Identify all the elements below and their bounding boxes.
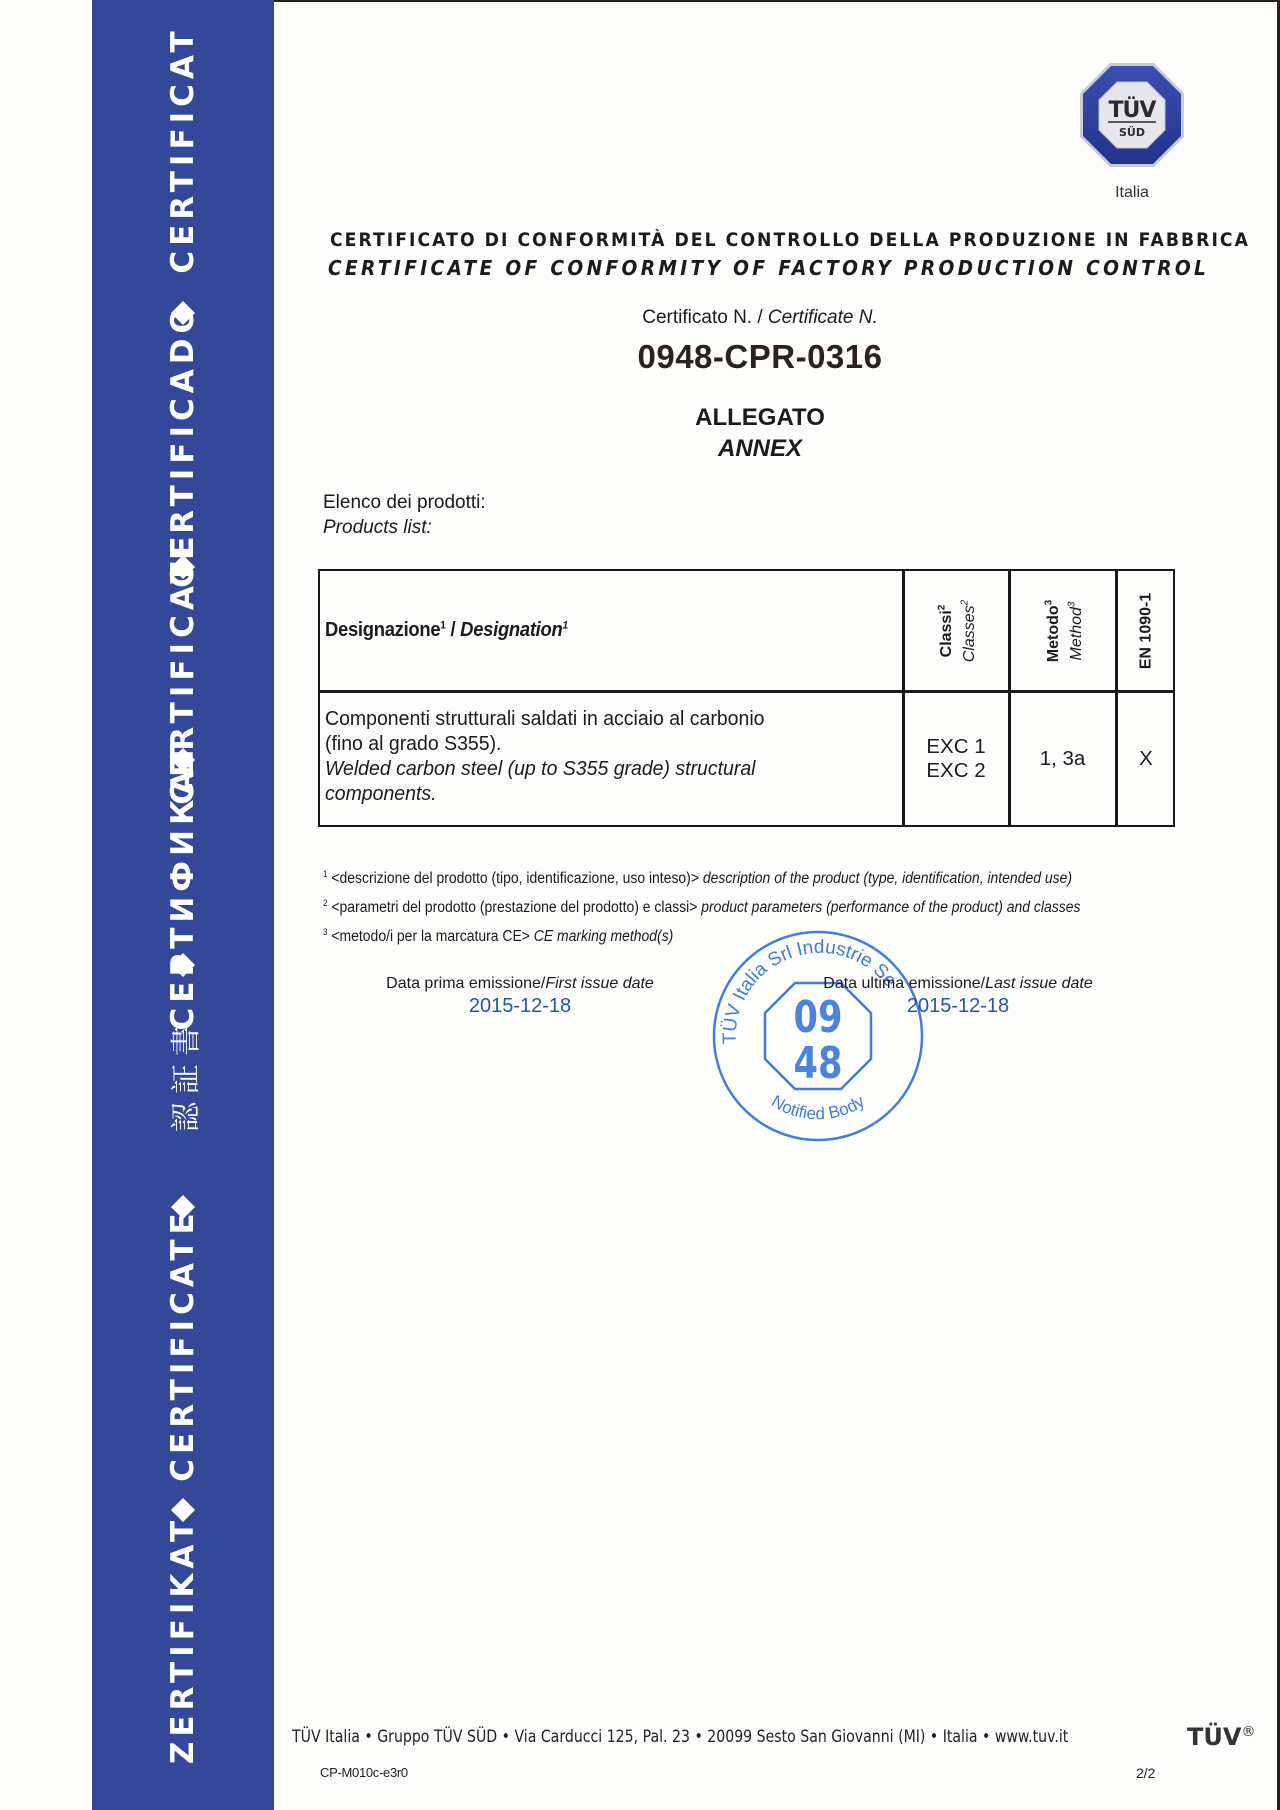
header-designation: Designazione1 / Designation1 (325, 619, 568, 642)
annex-title-it: ALLEGATO (610, 404, 910, 432)
header-standard: EN 1090-1 (1137, 592, 1156, 669)
last-issue-label: Data ultima emissione/Last issue date (808, 975, 1108, 993)
last-issue-date: 2015-12-18 (808, 995, 1108, 1018)
footer-logo-text: TÜV (1187, 1723, 1241, 1751)
page-number: 2/2 (1136, 1765, 1155, 1781)
footnote-en: description of the product (type, identi… (703, 870, 1072, 887)
footnote-ref: 1 (562, 619, 567, 631)
table-row-description: Componenti strutturali saldati in acciai… (325, 706, 765, 806)
header-classes-en: Classes (961, 605, 978, 662)
footnote-en: product parameters (performance of the p… (701, 899, 1080, 916)
last-issue-label-it: Data ultima emissione/ (823, 975, 985, 992)
form-code: CP-M010c-e3r0 (320, 1765, 408, 1780)
footnote-it: <descrizione del prodotto (tipo, identif… (331, 870, 699, 887)
header-method: Metodo3 Method3 (1010, 571, 1115, 690)
header-classes-it: Classi (938, 610, 955, 657)
header-en1090: EN 1090-1 (1117, 571, 1175, 690)
footnote-ref: 2 (937, 604, 948, 610)
last-issue-label-en: Last issue date (985, 975, 1093, 992)
header-method-it: Metodo (1045, 605, 1062, 662)
footnote-it: <parametri del prodotto (prestazione del… (331, 899, 697, 916)
footnote: 1 <descrizione del prodotto (tipo, ident… (323, 862, 1080, 891)
certificate-label-en: Certificate N. (768, 307, 878, 328)
class-value: EXC 1 (926, 735, 985, 759)
title-italian: CERTIFICATO DI CONFORMITÀ DEL CONTROLLO … (330, 230, 1139, 251)
footnote-number: 1 (323, 869, 328, 879)
registered-mark: ® (1241, 1724, 1255, 1740)
footer-address: TÜV Italia • Gruppo TÜV SÜD • Via Carduc… (292, 1727, 1068, 1747)
annex-title-en: ANNEX (610, 435, 910, 463)
footnote: 3 <metodo/i per la marcatura CE> CE mark… (323, 920, 1080, 949)
certificate-label-it: Certificato N. / (642, 307, 768, 328)
table-cell-classes: EXC 1EXC 2 (904, 692, 1008, 825)
first-issue-label-it: Data prima emissione/ (386, 975, 545, 992)
products-list-label-en: Products list: (323, 517, 432, 539)
table-cell-method: 1, 3a (1010, 692, 1115, 825)
header-method-en: Method (1068, 607, 1085, 660)
footnote-number: 2 (323, 898, 328, 908)
description-en-line: Welded carbon steel (up to S355 grade) s… (325, 756, 765, 781)
svg-text:TÜV: TÜV (1109, 97, 1157, 123)
class-value: EXC 2 (926, 759, 985, 783)
products-list-label-it: Elenco dei prodotti: (323, 492, 486, 514)
logo-caption: Italia (1077, 184, 1187, 202)
products-table: Designazione1 / Designation1 Classi2 Cla… (318, 569, 1175, 827)
footnote-ref: 3 (1067, 601, 1078, 607)
footer-tuv-logo-icon: TÜV® (1187, 1723, 1255, 1751)
footnote-ref: 2 (960, 599, 971, 605)
title-english: CERTIFICATE OF CONFORMITY OF FACTORY PRO… (328, 256, 1146, 280)
footnote-ref: 1 (440, 619, 445, 631)
footnote-en: CE marking method(s) (534, 928, 674, 945)
svg-text:48: 48 (794, 1038, 843, 1089)
footnote: 2 <parametri del prodotto (prestazione d… (323, 891, 1080, 920)
description-it-line: Componenti strutturali saldati in acciai… (325, 706, 765, 731)
last-issue: Data ultima emissione/Last issue date 20… (808, 975, 1108, 1018)
band-word: СЕРТИФИКАТ (165, 740, 201, 1031)
description-en-line: components. (325, 781, 765, 806)
header-designation-it: Designazione (325, 619, 440, 641)
band-word: ZERTIFIKAT (165, 1516, 201, 1764)
certificate-number: 0948-CPR-0316 (560, 338, 960, 376)
footnote-it: <metodo/i per la marcatura CE> (331, 928, 530, 945)
notified-body-stamp-icon: TÜV Italia Srl Industrie Service Notifie… (708, 926, 928, 1146)
svg-text:SÜD: SÜD (1119, 125, 1145, 139)
table-cell-en1090: X (1117, 692, 1175, 825)
footnote-number: 3 (323, 927, 328, 937)
band-word: CERTIFICATE (165, 1208, 201, 1481)
first-issue-label-en: First issue date (545, 975, 653, 992)
header-designation-en: Designation (460, 619, 562, 641)
first-issue-date: 2015-12-18 (370, 995, 670, 1018)
band-word: CERTIFICAT (165, 26, 201, 273)
first-issue-label: Data prima emissione/First issue date (370, 975, 670, 993)
band-word: 認証書 (161, 1018, 205, 1132)
description-it-line: (fino al grado S355). (325, 731, 765, 756)
footnotes: 1 <descrizione del prodotto (tipo, ident… (323, 862, 1080, 949)
first-issue: Data prima emissione/First issue date 20… (370, 975, 670, 1018)
header-classes: Classi2 Classes2 (904, 571, 1008, 690)
tuv-sud-logo-icon: TÜV SÜD (1077, 60, 1187, 170)
certificate-number-label: Certificato N. / Certificate N. (560, 307, 960, 329)
footnote-ref: 3 (1043, 599, 1054, 605)
svg-text:Notified Body: Notified Body (768, 1091, 868, 1123)
